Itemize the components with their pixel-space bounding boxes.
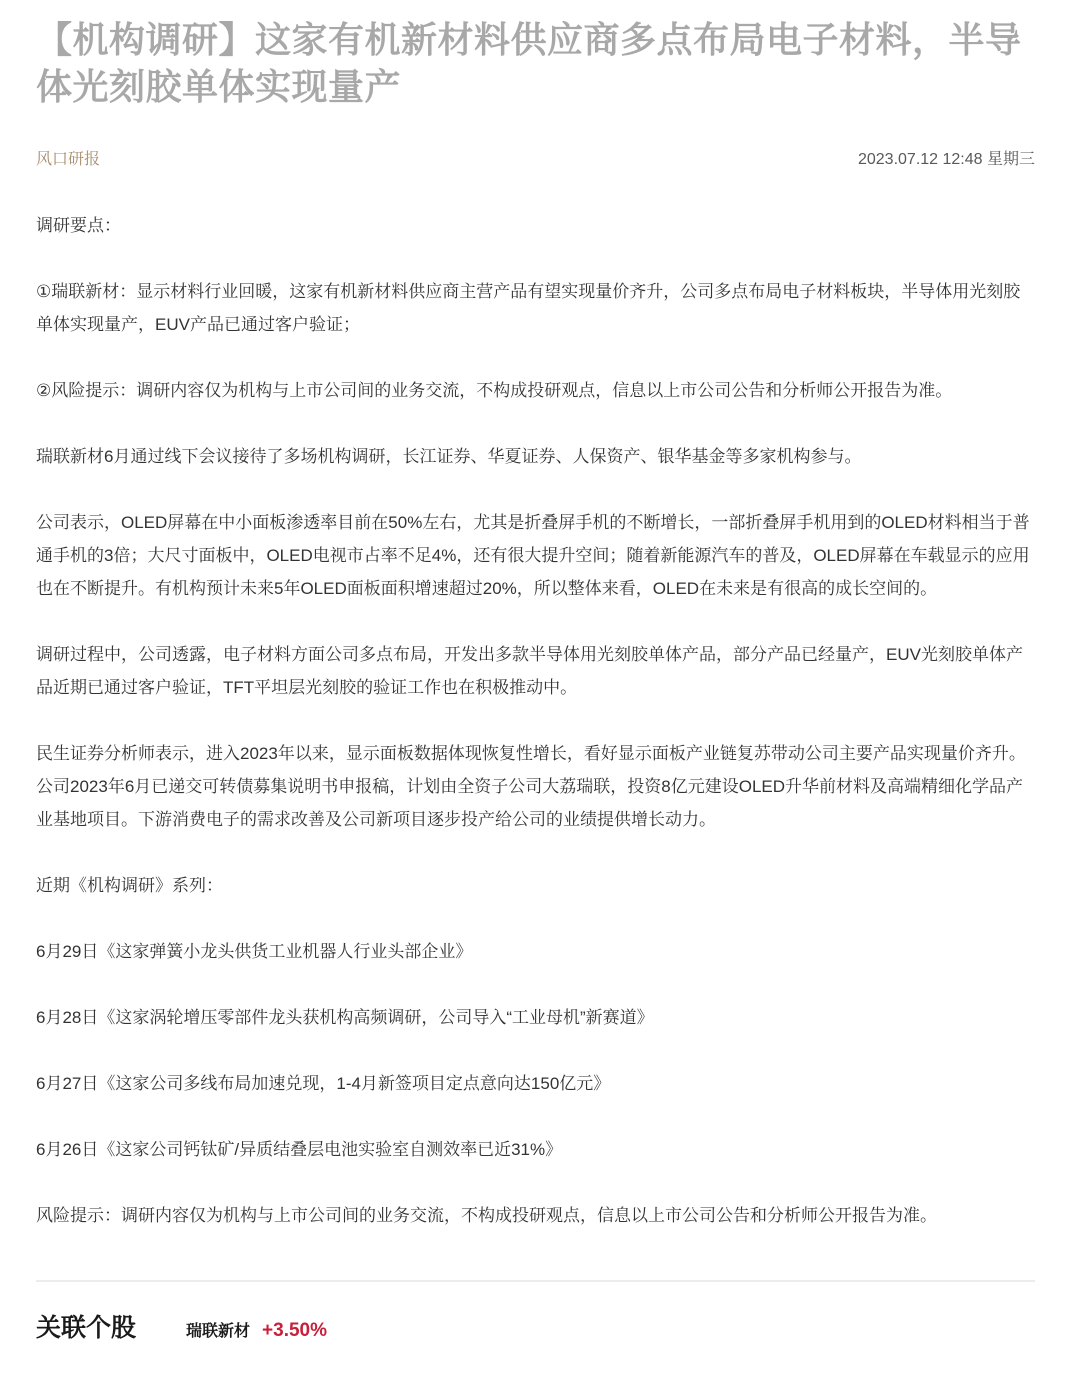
article-paragraph: 瑞联新材6月通过线下会议接待了多场机构调研，长江证券、华夏证券、人保资产、银华基…: [36, 440, 1035, 473]
source-link[interactable]: 风口研报: [36, 146, 100, 169]
article-body: 调研要点： ①瑞联新材：显示材料行业回暖，这家有机新材料供应商主营产品有望实现量…: [36, 209, 1035, 1232]
stock-item[interactable]: 瑞联新材 +3.50%: [186, 1318, 327, 1342]
article-paragraph: 6月26日《这家公司钙钛矿/异质结叠层电池实验室自测效率已近31%》: [36, 1133, 1035, 1166]
article-paragraph: 近期《机构调研》系列：: [36, 869, 1035, 902]
article-paragraph: 6月29日《这家弹簧小龙头供货工业机器人行业头部企业》: [36, 935, 1035, 968]
article-paragraph: 6月27日《这家公司多线布局加速兑现，1-4月新签项目定点意向达150亿元》: [36, 1067, 1035, 1100]
section-divider: [36, 1280, 1035, 1282]
related-stocks-label: 关联个股: [36, 1308, 136, 1344]
article-title: 【机构调研】这家有机新材料供应商多点布局电子材料，半导体光刻胶单体实现量产: [36, 16, 1035, 110]
article-paragraph: 公司表示，OLED屏幕在中小面板渗透率目前在50%左右，尤其是折叠屏手机的不断增…: [36, 506, 1035, 605]
article-page: 【机构调研】这家有机新材料供应商多点布局电子材料，半导体光刻胶单体实现量产 风口…: [0, 0, 1069, 1384]
article-paragraph: 6月28日《这家涡轮增压零部件龙头获机构高频调研，公司导入“工业母机”新赛道》: [36, 1001, 1035, 1034]
stock-name[interactable]: 瑞联新材: [186, 1318, 250, 1341]
related-stocks-section: 关联个股 瑞联新材 +3.50%: [36, 1308, 1035, 1344]
article-paragraph: ①瑞联新材：显示材料行业回暖，这家有机新材料供应商主营产品有望实现量价齐升，公司…: [36, 275, 1035, 341]
article-paragraph: ②风险提示：调研内容仅为机构与上市公司间的业务交流，不构成投研观点，信息以上市公…: [36, 374, 1035, 407]
article-paragraph: 民生证券分析师表示，进入2023年以来，显示面板数据体现恢复性增长，看好显示面板…: [36, 737, 1035, 836]
article-paragraph: 调研过程中，公司透露，电子材料方面公司多点布局，开发出多款半导体用光刻胶单体产品…: [36, 638, 1035, 704]
article-paragraph: 风险提示：调研内容仅为机构与上市公司间的业务交流，不构成投研观点，信息以上市公司…: [36, 1199, 1035, 1232]
article-meta-row: 风口研报 2023.07.12 12:48 星期三: [36, 146, 1035, 169]
stock-change-badge: +3.50%: [262, 1320, 327, 1342]
article-paragraph: 调研要点：: [36, 209, 1035, 242]
article-datetime: 2023.07.12 12:48 星期三: [858, 146, 1035, 169]
